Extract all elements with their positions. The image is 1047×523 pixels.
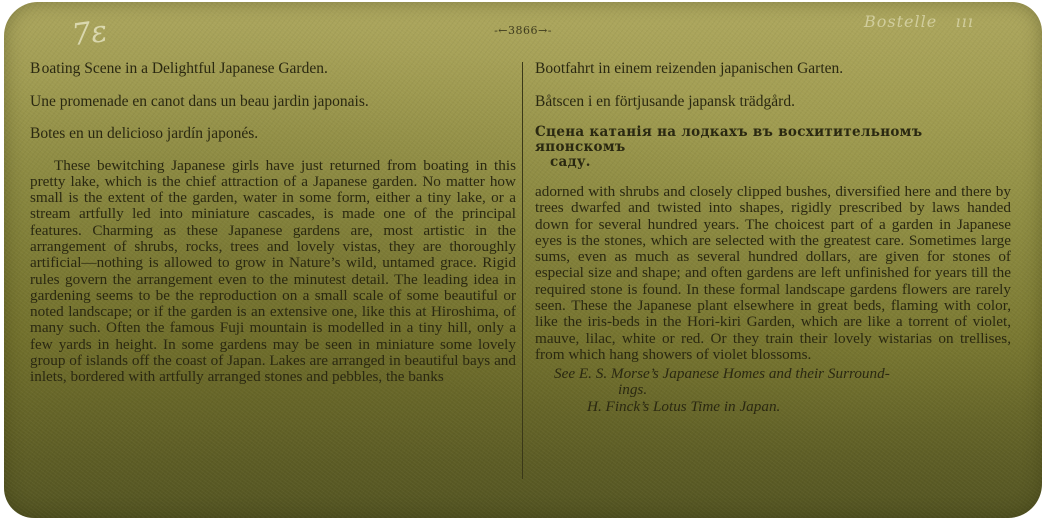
references: See E. S. Morse’s Japanese Homes and the… <box>535 366 1011 415</box>
title-spanish: Botes en un delicioso jardín japonés. <box>30 125 516 143</box>
right-column: Bootfahrt in einem reizenden japanischen… <box>535 60 1011 415</box>
title-german: Bootfahrt in einem reizenden japanischen… <box>535 60 1011 78</box>
stereograph-card-back: 7ε Bostelle ııı -←3866→- B oating Scene … <box>4 2 1042 518</box>
column-divider <box>522 62 523 479</box>
title-russian-line1: Сцена катанія на лодкахъ въ восхитительн… <box>535 124 922 155</box>
left-column: B oating Scene in a Delightful Japanese … <box>30 60 516 386</box>
title-french: Une promenade en canot dans un beau jard… <box>30 93 516 111</box>
serial-suffix: →- <box>538 24 552 37</box>
reference-morse-line1: See E. S. Morse’s Japanese Homes and the… <box>554 365 890 382</box>
serial-number: 3866 <box>508 24 538 37</box>
card-serial-number: -←3866→- <box>4 24 1042 37</box>
reference-finck: H. Finck’s Lotus Time in Japan. <box>535 399 1011 415</box>
title-russian-line2: саду. <box>535 155 1011 170</box>
reference-morse: See E. S. Morse’s Japanese Homes and the… <box>535 366 1011 397</box>
description-text-part1: These bewitching Japanese girls have jus… <box>30 158 516 386</box>
title-swedish: Båtscen i en förtjusande japansk trädgår… <box>535 93 1011 111</box>
title-english: B oating Scene in a Delightful Japanese … <box>30 60 516 78</box>
serial-prefix: -← <box>494 24 508 37</box>
description-text-part2: adorned with shrubs and closely clipped … <box>535 184 1011 363</box>
title-russian: Сцена катанія на лодкахъ въ восхитительн… <box>535 125 1011 170</box>
reference-morse-line2: ings. <box>554 382 1011 398</box>
